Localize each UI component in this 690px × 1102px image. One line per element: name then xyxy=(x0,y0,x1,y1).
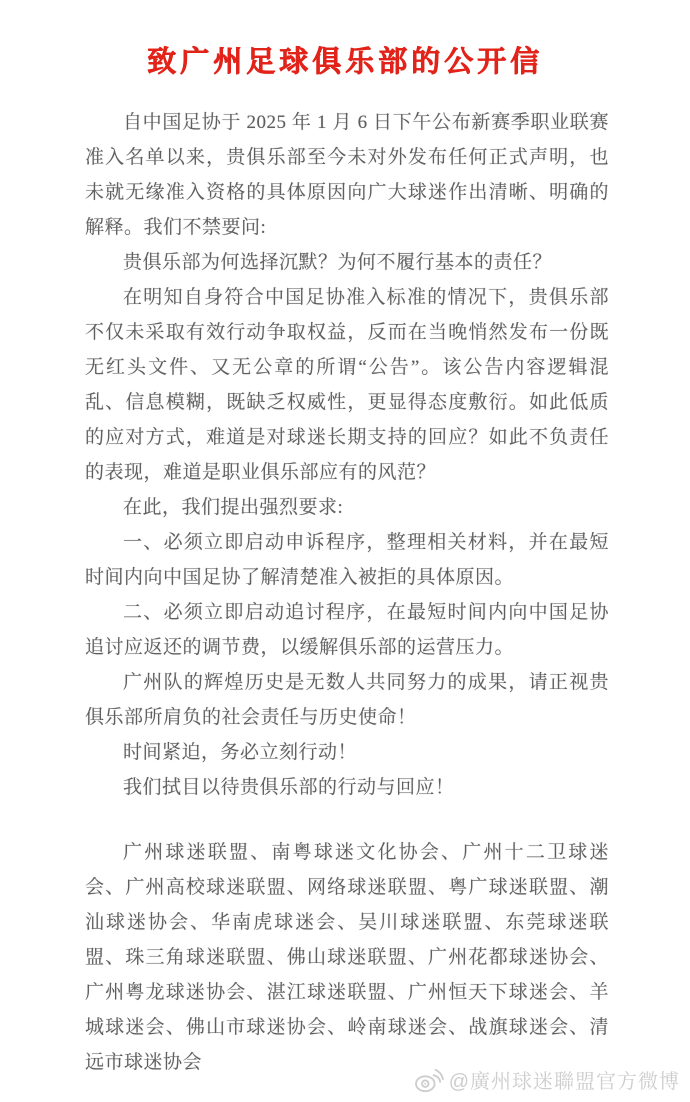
letter-body: 自中国足协于 2025 年 1 月 6 日下午公布新赛季职业联赛准入名单以来，贵… xyxy=(85,105,609,1080)
signatories-list: 广州球迷联盟、南粤球迷文化协会、广州十二卫球迷会、广州高校球迷联盟、网络球迷联盟… xyxy=(85,835,609,1080)
open-letter-document: 致广州足球俱乐部的公开信 自中国足协于 2025 年 1 月 6 日下午公布新赛… xyxy=(0,0,690,1102)
letter-paragraph: 在此，我们提出强烈要求: xyxy=(85,490,609,525)
weibo-icon xyxy=(414,1067,444,1093)
letter-paragraph: 我们拭目以待贵俱乐部的行动与回应！ xyxy=(85,770,609,805)
letter-paragraph: 自中国足协于 2025 年 1 月 6 日下午公布新赛季职业联赛准入名单以来，贵… xyxy=(85,105,609,245)
letter-paragraph-demand-1: 一、必须立即启动申诉程序，整理相关材料，并在最短时间内向中国足协了解清楚准入被拒… xyxy=(85,525,609,595)
letter-paragraph: 广州队的辉煌历史是无数人共同努力的成果，请正视贵俱乐部所肩负的社会责任与历史使命… xyxy=(85,665,609,735)
letter-paragraph-demand-2: 二、必须立即启动追讨程序，在最短时间内向中国足协追讨应返还的调节费，以缓解俱乐部… xyxy=(85,595,609,665)
page-title: 致广州足球俱乐部的公开信 xyxy=(0,0,690,78)
letter-paragraph: 在明知自身符合中国足协准入标准的情况下，贵俱乐部不仅未采取有效行动争取权益，反而… xyxy=(85,280,609,490)
letter-paragraph: 贵俱乐部为何选择沉默？为何不履行基本的责任？ xyxy=(85,245,609,280)
letter-paragraph: 时间紧迫，务必立刻行动！ xyxy=(85,735,609,770)
watermark-text: @廣州球迷聯盟官方微博 xyxy=(449,1065,680,1094)
watermark: @廣州球迷聯盟官方微博 xyxy=(414,1065,680,1094)
